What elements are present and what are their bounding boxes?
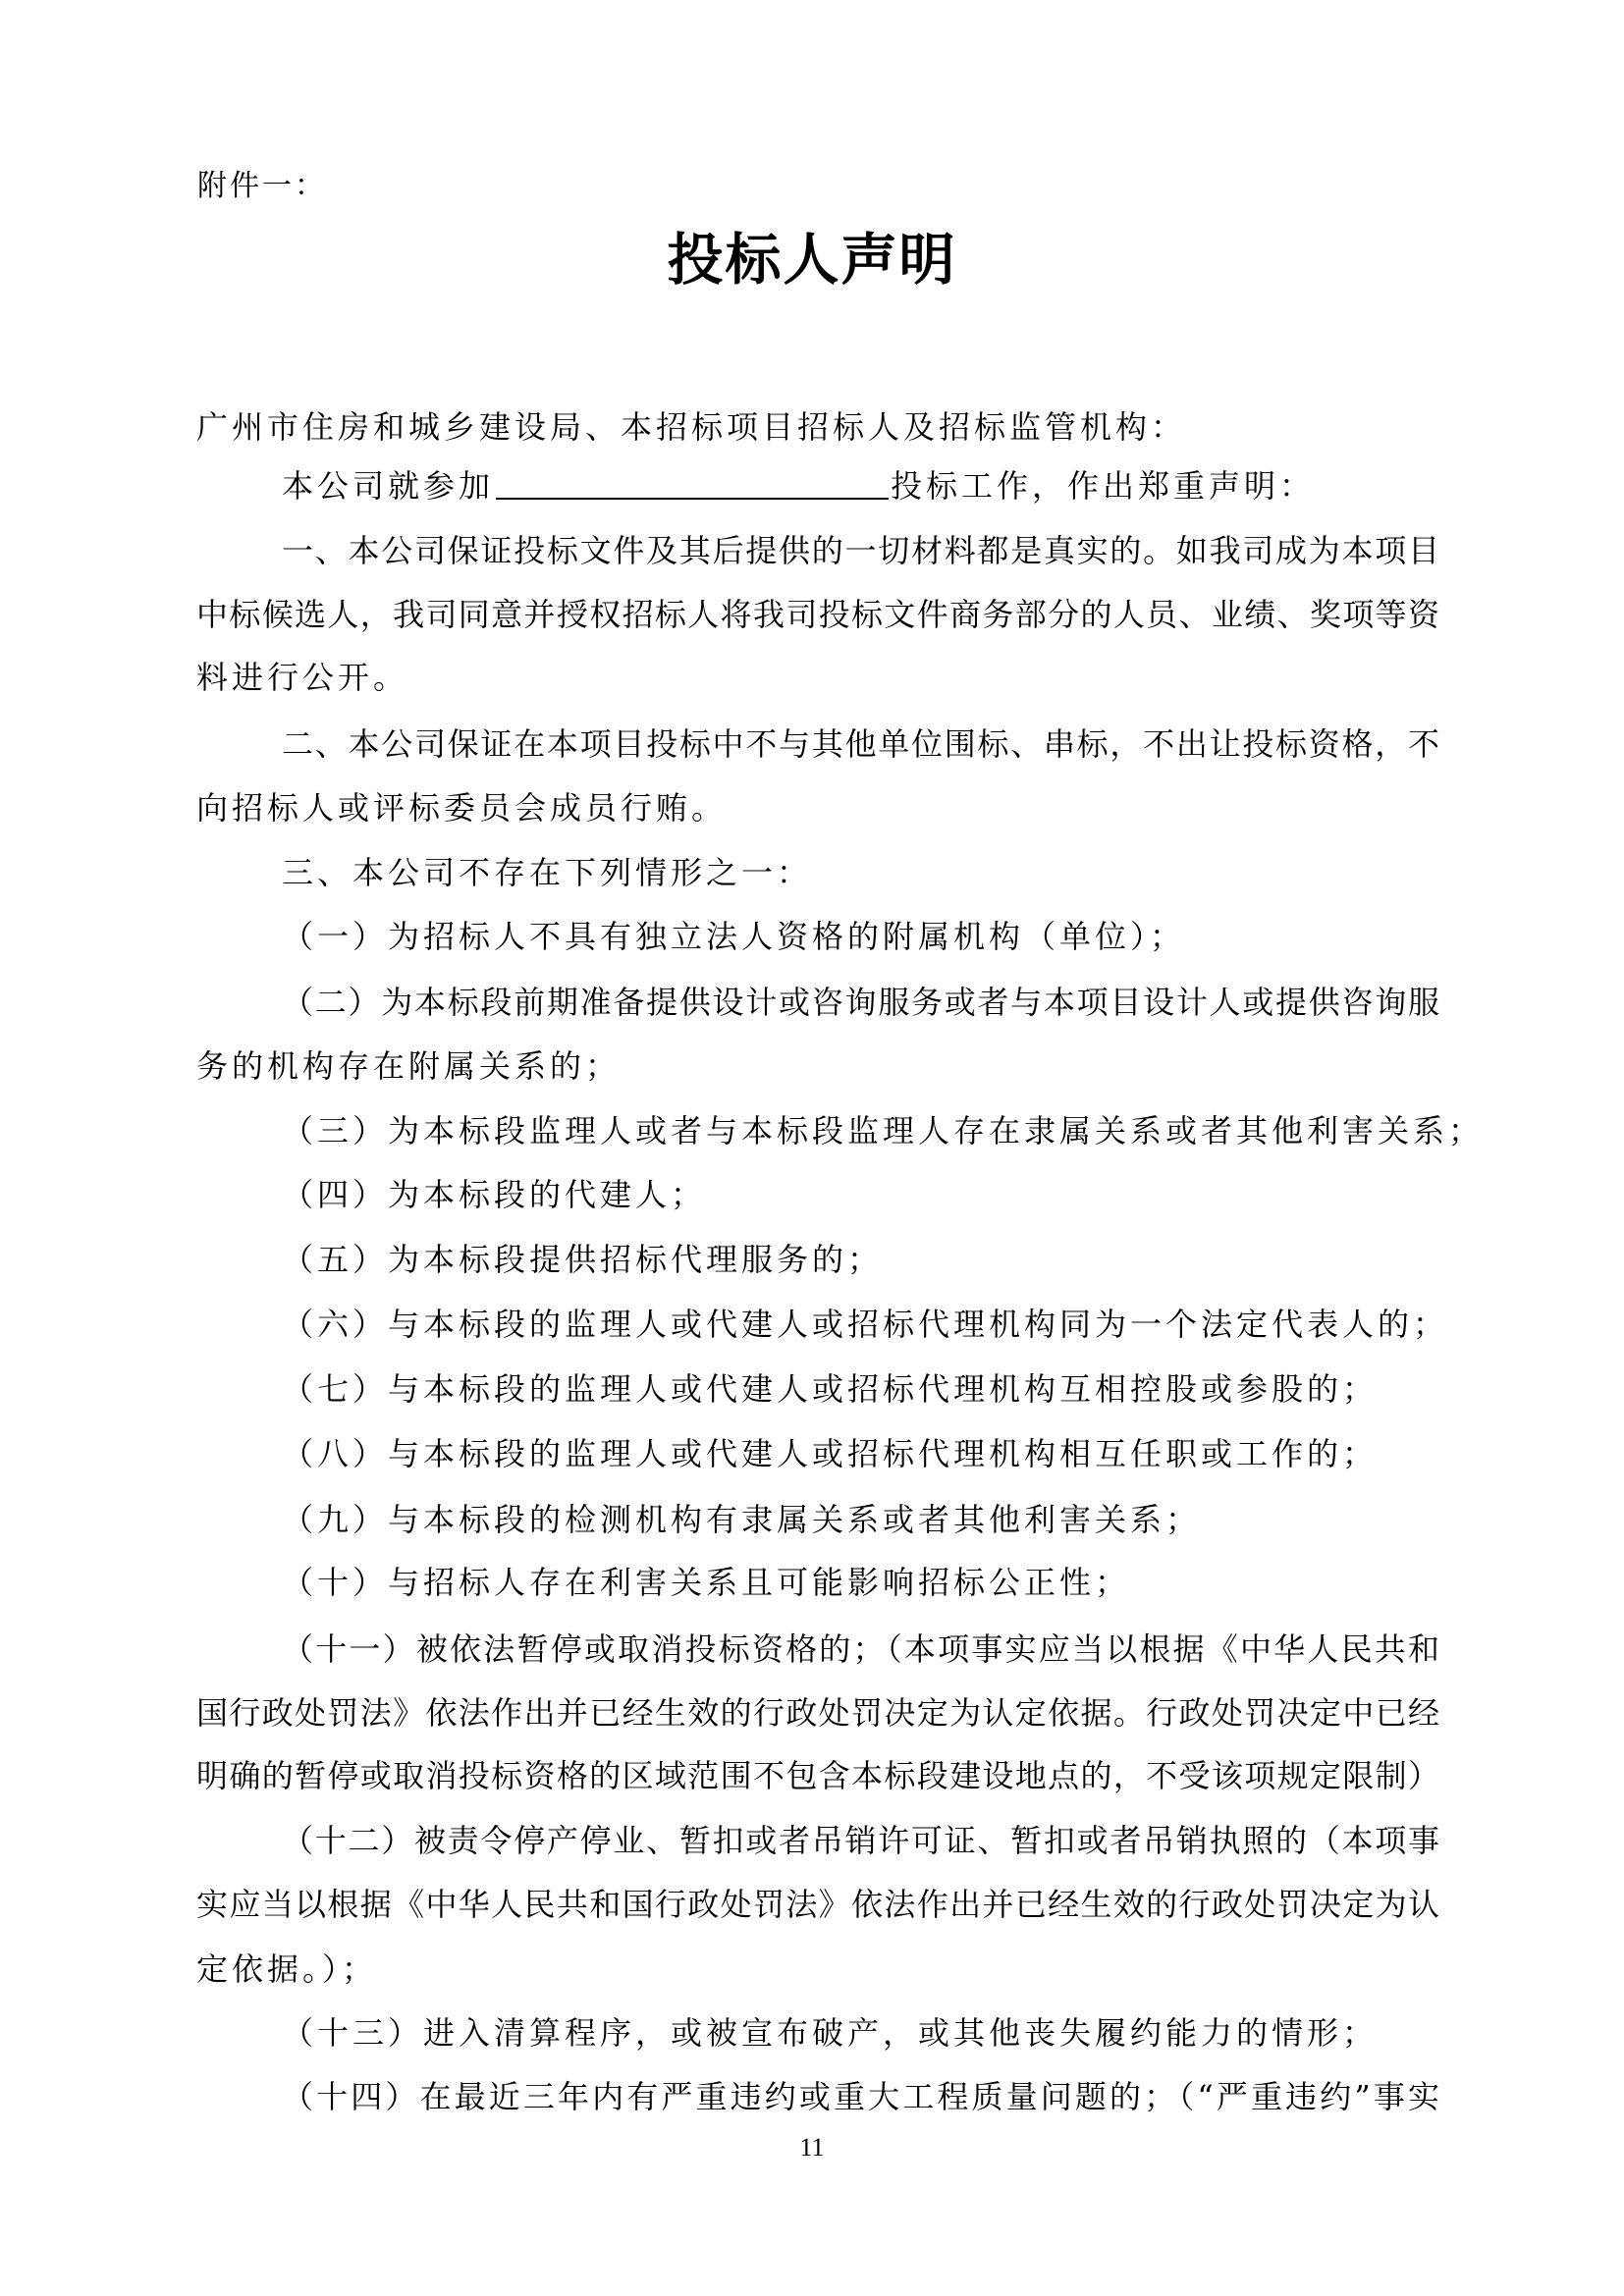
document-page: 附件一： 投标人声明 广州市住房和城乡建设局、本招标项目招标人及招标监管机构： … bbox=[0, 0, 1624, 2296]
body-line: （七）与本标段的监理人或代建人或招标代理机构互相控股或参股的； bbox=[196, 1369, 1439, 1409]
body-line: （九）与本标段的检测机构有隶属关系或者其他利害关系； bbox=[196, 1500, 1439, 1539]
project-name-blank[interactable] bbox=[496, 498, 889, 500]
body-line: 务的机构存在附属关系的； bbox=[196, 1046, 1439, 1086]
body-line: 二、本公司保证在本项目投标中不与其他单位围标、串标，不出让投标资格，不 bbox=[196, 724, 1439, 764]
body-line: （三）为本标段监理人或者与本标段监理人存在隶属关系或者其他利害关系； bbox=[196, 1111, 1439, 1150]
addressee-line: 广州市住房和城乡建设局、本招标项目招标人及招标监管机构： bbox=[196, 407, 1439, 447]
body-line: 国行政处罚法》依法作出并已经生效的行政处罚决定为认定依据。行政处罚决定中已经 bbox=[196, 1693, 1439, 1733]
intro-line: 本公司就参加 投标工作，作出郑重声明： bbox=[196, 466, 1439, 506]
body-line: （十二）被责令停产停业、暂扣或者吊销许可证、暂扣或者吊销执照的（本项事 bbox=[196, 1821, 1439, 1860]
attachment-label: 附件一： bbox=[197, 169, 327, 204]
body-line: 定依据。）； bbox=[196, 1949, 1439, 1989]
body-line: （四）为本标段的代建人； bbox=[196, 1175, 1439, 1214]
page-title: 投标人声明 bbox=[0, 226, 1624, 294]
body-line: （五）为本标段提供招标代理服务的； bbox=[196, 1240, 1439, 1279]
body-line: 料进行公开。 bbox=[196, 658, 1439, 697]
body-line: （十）与招标人存在利害关系且可能影响招标公正性； bbox=[196, 1563, 1439, 1602]
body-line: （八）与本标段的监理人或代建人或招标代理机构相互任职或工作的； bbox=[196, 1434, 1439, 1473]
body-line: 中标候选人，我司同意并授权招标人将我司投标文件商务部分的人员、业绩、奖项等资 bbox=[196, 595, 1439, 634]
page-number: 11 bbox=[0, 2132, 1624, 2163]
body-line: 实应当以根据《中华人民共和国行政处罚法》依法作出并已经生效的行政处罚决定为认 bbox=[196, 1885, 1439, 1924]
intro-prefix: 本公司就参加 bbox=[282, 466, 494, 506]
body-line: （一）为招标人不具有独立法人资格的附属机构（单位）； bbox=[196, 917, 1439, 956]
body-line: 明确的暂停或取消投标资格的区域范围不包含本标段建设地点的，不受该项规定限制） bbox=[196, 1756, 1439, 1795]
body-line: （六）与本标段的监理人或代建人或招标代理机构同为一个法定代表人的； bbox=[196, 1305, 1439, 1344]
body-line: （二）为本标段前期准备提供设计或咨询服务或者与本项目设计人或提供咨询服 bbox=[196, 983, 1439, 1022]
intro-suffix: 投标工作，作出郑重声明： bbox=[891, 466, 1315, 506]
body-line: 三、本公司不存在下列情形之一： bbox=[196, 853, 1439, 892]
body-line: （十一）被依法暂停或取消投标资格的；（本项事实应当以根据《中华人民共和 bbox=[196, 1629, 1439, 1669]
body-line: 一、本公司保证投标文件及其后提供的一切材料都是真实的。如我司成为本项目 bbox=[196, 531, 1439, 570]
body-line: （十四）在最近三年内有严重违约或重大工程质量问题的；（“严重违约”事实 bbox=[196, 2077, 1439, 2116]
body-line: （十三）进入清算程序，或被宣布破产，或其他丧失履约能力的情形； bbox=[196, 2013, 1439, 2053]
body-line: 向招标人或评标委员会成员行贿。 bbox=[196, 788, 1439, 828]
